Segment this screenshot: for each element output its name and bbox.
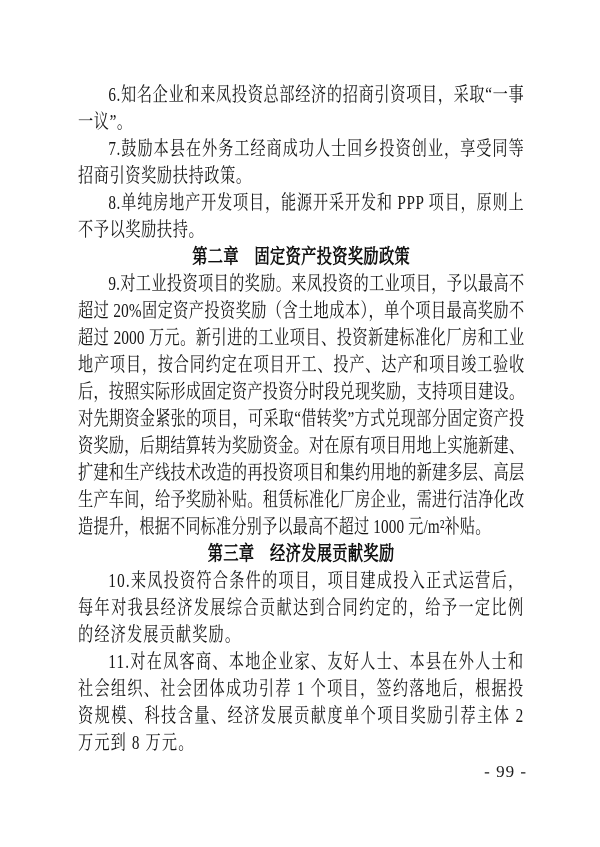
document-body: 6.知名企业和来凤投资总部经济的招商引资项目，采取“一事一议”。7.鼓励本县在外… bbox=[78, 82, 524, 757]
body-paragraph: 11.对在凤客商、本地企业家、友好人士、本县在外人士和社会组织、社会团体成功引荐… bbox=[78, 649, 524, 757]
body-paragraph: 7.鼓励本县在外务工经商成功人士回乡投资创业，享受同等招商引资奖励扶持政策。 bbox=[78, 136, 524, 190]
document-page: 6.知名企业和来凤投资总部经济的招商引资项目，采取“一事一议”。7.鼓励本县在外… bbox=[0, 0, 600, 847]
body-paragraph: 6.知名企业和来凤投资总部经济的招商引资项目，采取“一事一议”。 bbox=[78, 82, 524, 136]
chapter-heading: 第二章 固定资产投资奖励政策 bbox=[78, 244, 524, 271]
body-paragraph: 8.单纯房地产开发项目，能源开采开发和 PPP 项目，原则上不予以奖励扶持。 bbox=[78, 190, 524, 244]
body-paragraph: 10.来凤投资符合条件的项目，项目建成投入正式运营后，每年对我县经济发展综合贡献… bbox=[78, 568, 524, 649]
page-number: - 99 - bbox=[0, 762, 527, 782]
chapter-heading: 第三章 经济发展贡献奖励 bbox=[78, 541, 524, 568]
body-paragraph: 9.对工业投资项目的奖励。来凤投资的工业项目，予以最高不超过 20%固定资产投资… bbox=[78, 271, 524, 541]
